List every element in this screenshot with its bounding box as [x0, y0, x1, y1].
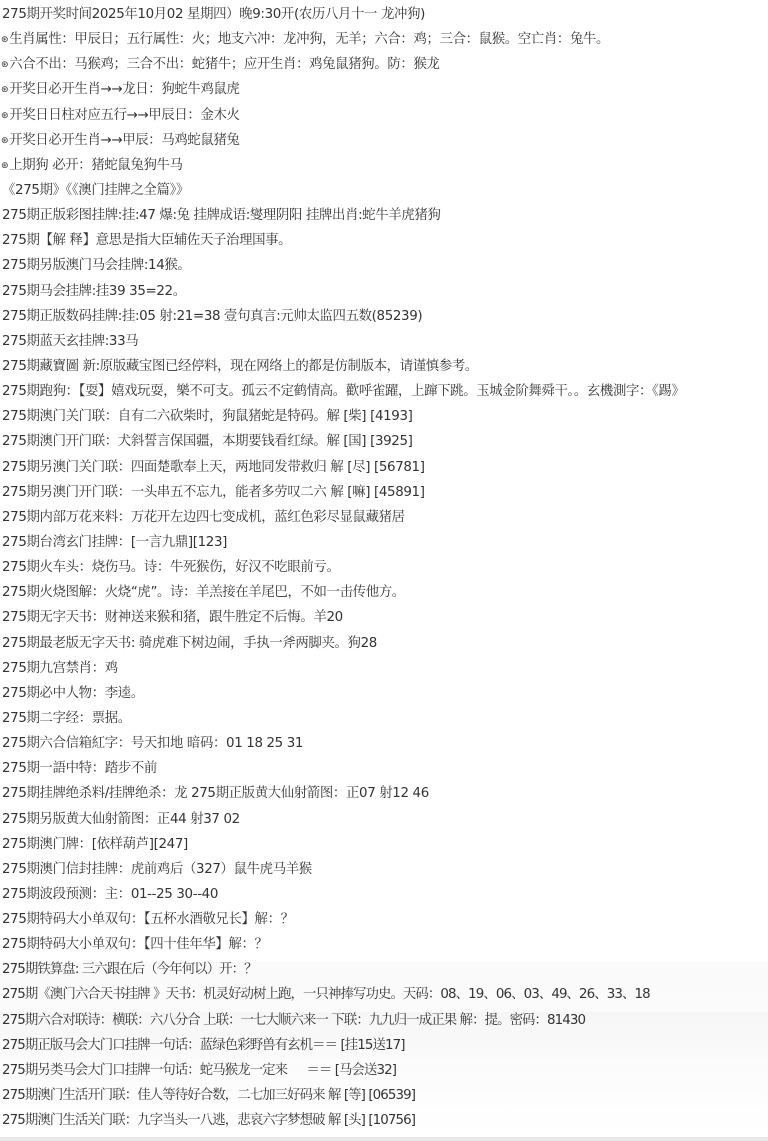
- line-text: 275期铁算盘: 三六跟在后（今年何以）开：？: [2, 962, 257, 977]
- text-line: 275期最老版无字天书: 骑虎难下树边闹，手执一斧两脚夹。狗28: [0, 631, 768, 656]
- bullet-icon: ⊛: [1, 35, 8, 45]
- bullet-icon: ⊛: [1, 85, 8, 95]
- text-line: 275期特码大小单双句：【五杯水酒敬兄长】解：？: [0, 907, 768, 932]
- text-line: 《275期》《《澳门挂牌之全篇》》: [0, 178, 768, 203]
- text-line: 275期内部万花来料：万花开左边四七变成机，蓝红色彩尽显鼠藏猪居: [0, 505, 768, 530]
- text-line: 275期正版数码挂牌:挂:05 射:21=38 壹句真言:元帅太监四五数(852…: [0, 304, 768, 329]
- text-line: 275期另版黄大仙射箭图：正44 射37 02: [0, 807, 768, 832]
- text-line: ⊛开奖日必开生肖→→龙日：狗蛇牛鸡鼠虎: [0, 77, 768, 102]
- text-line: 275期开奖时间2025年10月02 星期四）晚9:30开(农历八月十一 龙冲狗…: [0, 2, 768, 27]
- text-line: 275期澳门关门联：自有二六砍柴时，狗鼠猪蛇是特码。解 [柴] [4193]: [0, 404, 768, 429]
- text-line: 275期澳门信封挂牌：虎前鸡后（327）鼠牛虎马羊猴: [0, 857, 768, 882]
- text-line: ⊛生肖属性：甲辰日；五行属性：火；地支六冲：龙冲狗，无羊；六合：鸡；三合：鼠猴。…: [0, 27, 768, 52]
- text-line: 275期正版马会大门口挂牌一句话：蓝绿色彩野兽有玄机＝＝ [挂15送17]: [0, 1033, 768, 1058]
- line-text: 275期跑狗：【耍】嬉戏玩耍，樂不可支。孤云不定鹤情高。歡呼雀躍，上蹿下跳。玉城…: [2, 384, 685, 399]
- line-text: 275期澳门生活关门联：九字当头一八逃，悲哀六字梦想破 解 [头] [10756…: [2, 1113, 415, 1128]
- text-line: 275期六合信箱紅字：号天扣地 暗码：01 18 25 31: [0, 731, 768, 756]
- text-line: 275期马会挂牌:挂39 35=22。: [0, 279, 768, 304]
- text-line: 275期铁算盘: 三六跟在后（今年何以）开：？: [0, 957, 768, 982]
- text-line: 275期六合对联诗：横联：六八分合 上联：一七大顺六来一 下联：九九归一成正果 …: [0, 1008, 768, 1033]
- line-text: 275期《澳门六合天书挂牌 》天书：机灵好动树上跑，一只神捧写功史。天码：08、…: [2, 987, 650, 1002]
- line-text: 275期台湾玄门挂牌：[一言九鼎][123]: [2, 535, 227, 550]
- line-text: 《275期》《《澳门挂牌之全篇》》: [2, 183, 189, 198]
- line-text: 275期蓝天玄挂牌:33马: [2, 334, 138, 349]
- text-line: 275期澳门生活关门联：九字当头一八逃，悲哀六字梦想破 解 [头] [10756…: [0, 1108, 768, 1133]
- line-text: 275期澳门信封挂牌：虎前鸡后（327）鼠牛虎马羊猴: [2, 862, 312, 877]
- line-text: 275期澳门生活开门联：佳人等待好合数，二七加三好码来 解 [等] [06539…: [2, 1088, 415, 1103]
- text-line: 275期另版澳门马会挂牌:14猴。: [0, 253, 768, 278]
- text-line: 275期二字经：票据。: [0, 706, 768, 731]
- text-line: 275期无字天书：财神送来猴和猪，跟牛胜定不后悔。羊20: [0, 605, 768, 630]
- text-line: 275期藏寶圖 新:原版藏宝图已经停料，现在网络上的都是仿制版本，请谨慎参考。: [0, 354, 768, 379]
- text-line: 275期跑狗：【耍】嬉戏玩耍，樂不可支。孤云不定鹤情高。歡呼雀躍，上蹿下跳。玉城…: [0, 379, 768, 404]
- text-line: 275期一語中特：踏步不前: [0, 756, 768, 781]
- bullet-icon: ⊛: [1, 136, 8, 146]
- line-text: 275期另类马会大门口挂牌一句话：蛇马猴龙一定来 ＝＝ [马会送32]: [2, 1063, 396, 1078]
- bottom-divider: [0, 1137, 768, 1141]
- text-line: 275期火车头：烧伤马。诗：牛死猴伤，好汉不吃眼前亏。: [0, 555, 768, 580]
- text-line: 275期特码大小单双句：【四十佳年华】解：？: [0, 932, 768, 957]
- line-text: 275期澳门牌：[依样葫芦][247]: [2, 837, 188, 852]
- text-line: ⊛开奖日日柱对应五行→→甲辰日：金木火: [0, 103, 768, 128]
- line-text: 275期六合对联诗：横联：六八分合 上联：一七大顺六来一 下联：九九归一成正果 …: [2, 1013, 585, 1028]
- text-line: 275期另类马会大门口挂牌一句话：蛇马猴龙一定来 ＝＝ [马会送32]: [0, 1058, 768, 1083]
- text-line: 275期《澳门六合天书挂牌 》天书：机灵好动树上跑，一只神捧写功史。天码：08、…: [0, 982, 768, 1007]
- line-text: 275期特码大小单双句：【四十佳年华】解：？: [2, 937, 268, 952]
- bullet-icon: ⊛: [1, 60, 8, 70]
- line-text: 275期无字天书：财神送来猴和猪，跟牛胜定不后悔。羊20: [2, 610, 343, 625]
- line-text: 275期【解 释】意思是指大臣辅佐天子治理国事。: [2, 233, 291, 248]
- line-text: 275期最老版无字天书: 骑虎难下树边闹，手执一斧两脚夹。狗28: [2, 636, 377, 651]
- line-text: 275期二字经：票据。: [2, 711, 131, 726]
- line-text: 275期火烧图解：火烧“虎”。诗：羊羔接在羊尾巴，不如一击传他方。: [2, 585, 405, 600]
- line-text: 275期正版马会大门口挂牌一句话：蓝绿色彩野兽有玄机＝＝ [挂15送17]: [2, 1038, 405, 1053]
- bullet-icon: ⊛: [1, 161, 8, 171]
- line-text: 275期藏寶圖 新:原版藏宝图已经停料，现在网络上的都是仿制版本，请谨慎参考。: [2, 359, 478, 374]
- line-text: 275期开奖时间2025年10月02 星期四）晚9:30开(农历八月十一 龙冲狗…: [2, 7, 425, 22]
- line-text: 开奖日必开生肖→→龙日：狗蛇牛鸡鼠虎: [9, 82, 239, 97]
- text-line: 275期澳门开门联：犬斜誓言保国疆，本期要钱看红绿。解 [国] [3925]: [0, 429, 768, 454]
- line-text: 275期火车头：烧伤马。诗：牛死猴伤，好汉不吃眼前亏。: [2, 560, 339, 575]
- line-text: 275期特码大小单双句：【五杯水酒敬兄长】解：？: [2, 912, 294, 927]
- line-text: 275期必中人物：李逵。: [2, 686, 144, 701]
- text-line: ⊛上期狗 必开：猪蛇鼠兔狗牛马: [0, 153, 768, 178]
- line-text: 275期澳门关门联：自有二六砍柴时，狗鼠猪蛇是特码。解 [柴] [4193]: [2, 409, 413, 424]
- text-line: 275期九宫禁肖：鸡: [0, 656, 768, 681]
- line-text: 275期六合信箱紅字：号天扣地 暗码：01 18 25 31: [2, 736, 303, 751]
- line-text: 275期另版黄大仙射箭图：正44 射37 02: [2, 812, 240, 827]
- line-text: 275期挂牌绝杀料/挂牌绝杀：龙 275期正版黄大仙射箭图：正07 射12 46: [2, 786, 429, 801]
- line-text: 275期另澳门开门联：一头串五不忘九，能者多劳叹二六 解 [嘛] [45891]: [2, 485, 425, 500]
- line-text: 275期澳门开门联：犬斜誓言保国疆，本期要钱看红绿。解 [国] [3925]: [2, 434, 413, 449]
- line-text: 上期狗 必开：猪蛇鼠兔狗牛马: [9, 158, 182, 173]
- line-text: 275期内部万花来料：万花开左边四七变成机，蓝红色彩尽显鼠藏猪居: [2, 510, 405, 525]
- line-text: 开奖日日柱对应五行→→甲辰日：金木火: [9, 108, 239, 123]
- line-text: 开奖日必开生肖→→甲辰：马鸡蛇鼠猪兔: [9, 133, 239, 148]
- text-line: ⊛六合不出：马猴鸡；三合不出：蛇猪牛；应开生肖：鸡兔鼠猪狗。防：猴龙: [0, 52, 768, 77]
- line-text: 275期波段预测：主：01--25 30--40: [2, 887, 218, 902]
- text-line: 275期台湾玄门挂牌：[一言九鼎][123]: [0, 530, 768, 555]
- line-text: 275期一語中特：踏步不前: [2, 761, 157, 776]
- text-line: 275期另澳门关门联：四面楚歌奉上天，两地同发带救归 解 [尽] [56781]: [0, 455, 768, 480]
- line-text: 275期另澳门关门联：四面楚歌奉上天，两地同发带救归 解 [尽] [56781]: [2, 460, 425, 475]
- text-line: 275期波段预测：主：01--25 30--40: [0, 882, 768, 907]
- text-line: 275期正版彩图挂牌:挂:47 爆:兔 挂牌成语:燮理阴阳 挂牌出肖:蛇牛羊虎猪…: [0, 203, 768, 228]
- line-text: 六合不出：马猴鸡；三合不出：蛇猪牛；应开生肖：鸡兔鼠猪狗。防：猴龙: [9, 57, 439, 72]
- text-line: 275期【解 释】意思是指大臣辅佐天子治理国事。: [0, 228, 768, 253]
- text-line: ⊛开奖日必开生肖→→甲辰：马鸡蛇鼠猪兔: [0, 128, 768, 153]
- line-text: 生肖属性：甲辰日；五行属性：火；地支六冲：龙冲狗，无羊；六合：鸡；三合：鼠猴。空…: [9, 32, 609, 47]
- text-line: 275期澳门牌：[依样葫芦][247]: [0, 832, 768, 857]
- text-line: 275期澳门生活开门联：佳人等待好合数，二七加三好码来 解 [等] [06539…: [0, 1083, 768, 1108]
- line-text: 275期正版彩图挂牌:挂:47 爆:兔 挂牌成语:燮理阴阳 挂牌出肖:蛇牛羊虎猪…: [2, 208, 441, 223]
- line-text: 275期九宫禁肖：鸡: [2, 661, 118, 676]
- text-line: 275期另澳门开门联：一头串五不忘九，能者多劳叹二六 解 [嘛] [45891]: [0, 480, 768, 505]
- text-line: 275期蓝天玄挂牌:33马: [0, 329, 768, 354]
- text-line: 275期火烧图解：火烧“虎”。诗：羊羔接在羊尾巴，不如一击传他方。: [0, 580, 768, 605]
- line-text: 275期正版数码挂牌:挂:05 射:21=38 壹句真言:元帅太监四五数(852…: [2, 309, 422, 324]
- bullet-icon: ⊛: [1, 111, 8, 121]
- line-text: 275期马会挂牌:挂39 35=22。: [2, 284, 186, 299]
- article-body: 275期开奖时间2025年10月02 星期四）晚9:30开(农历八月十一 龙冲狗…: [0, 2, 768, 1133]
- text-line: 275期必中人物：李逵。: [0, 681, 768, 706]
- line-text: 275期另版澳门马会挂牌:14猴。: [2, 258, 190, 273]
- text-line: 275期挂牌绝杀料/挂牌绝杀：龙 275期正版黄大仙射箭图：正07 射12 46: [0, 781, 768, 806]
